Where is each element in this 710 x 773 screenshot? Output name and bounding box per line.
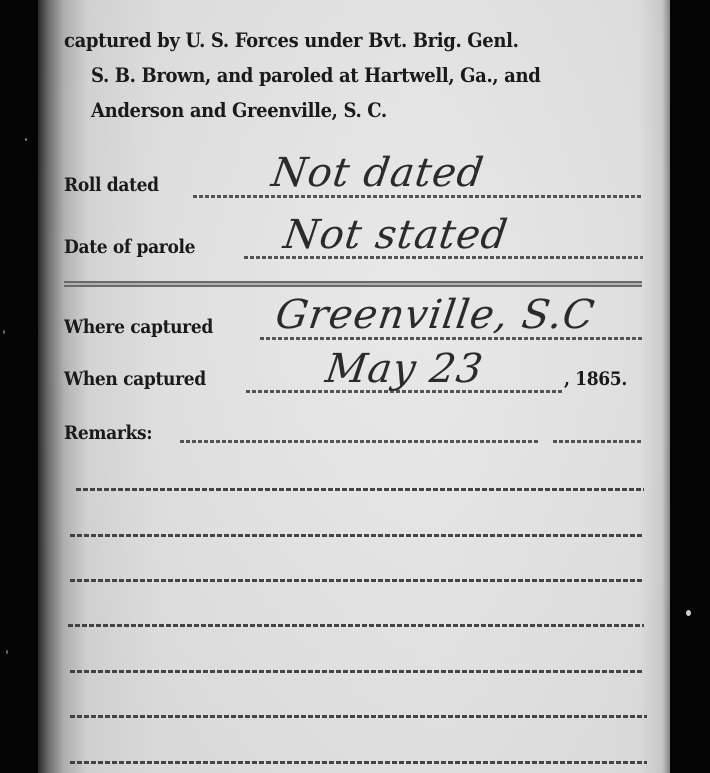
when-captured-year: , 1865. [564, 368, 627, 390]
header-line-2: S. B. Brown, and paroled at Hartwell, Ga… [91, 63, 540, 87]
remarks-blank-line[interactable] [70, 670, 644, 673]
remarks-label: Remarks: [64, 422, 152, 444]
remarks-blank-line[interactable] [70, 761, 647, 764]
remarks-line-1 [180, 440, 540, 443]
where-captured-value[interactable]: Greenville, S.C [273, 292, 598, 338]
remarks-line-1b [553, 440, 643, 443]
film-speck [3, 330, 5, 334]
remarks-blank-line[interactable] [76, 488, 644, 491]
remarks-blank-line[interactable] [70, 534, 644, 537]
section-divider [64, 281, 642, 287]
scanned-document: captured by U. S. Forces under Bvt. Brig… [0, 0, 710, 773]
header-line-1: captured by U. S. Forces under Bvt. Brig… [64, 28, 519, 52]
remarks-blank-line[interactable] [70, 715, 647, 718]
film-speck [25, 138, 27, 141]
date-of-parole-label: Date of parole [64, 236, 195, 258]
remarks-blank-line[interactable] [68, 624, 644, 627]
where-captured-label: Where captured [64, 316, 213, 338]
film-speck [6, 650, 8, 654]
film-speck [686, 610, 691, 616]
when-captured-label: When captured [64, 368, 206, 390]
roll-dated-value[interactable]: Not dated [269, 150, 487, 196]
header-line-3: Anderson and Greenville, S. C. [91, 98, 387, 122]
when-captured-value[interactable]: May 23 [323, 346, 486, 392]
roll-dated-label: Roll dated [64, 174, 159, 196]
remarks-blank-line[interactable] [70, 579, 642, 582]
date-of-parole-value[interactable]: Not stated [281, 212, 511, 258]
